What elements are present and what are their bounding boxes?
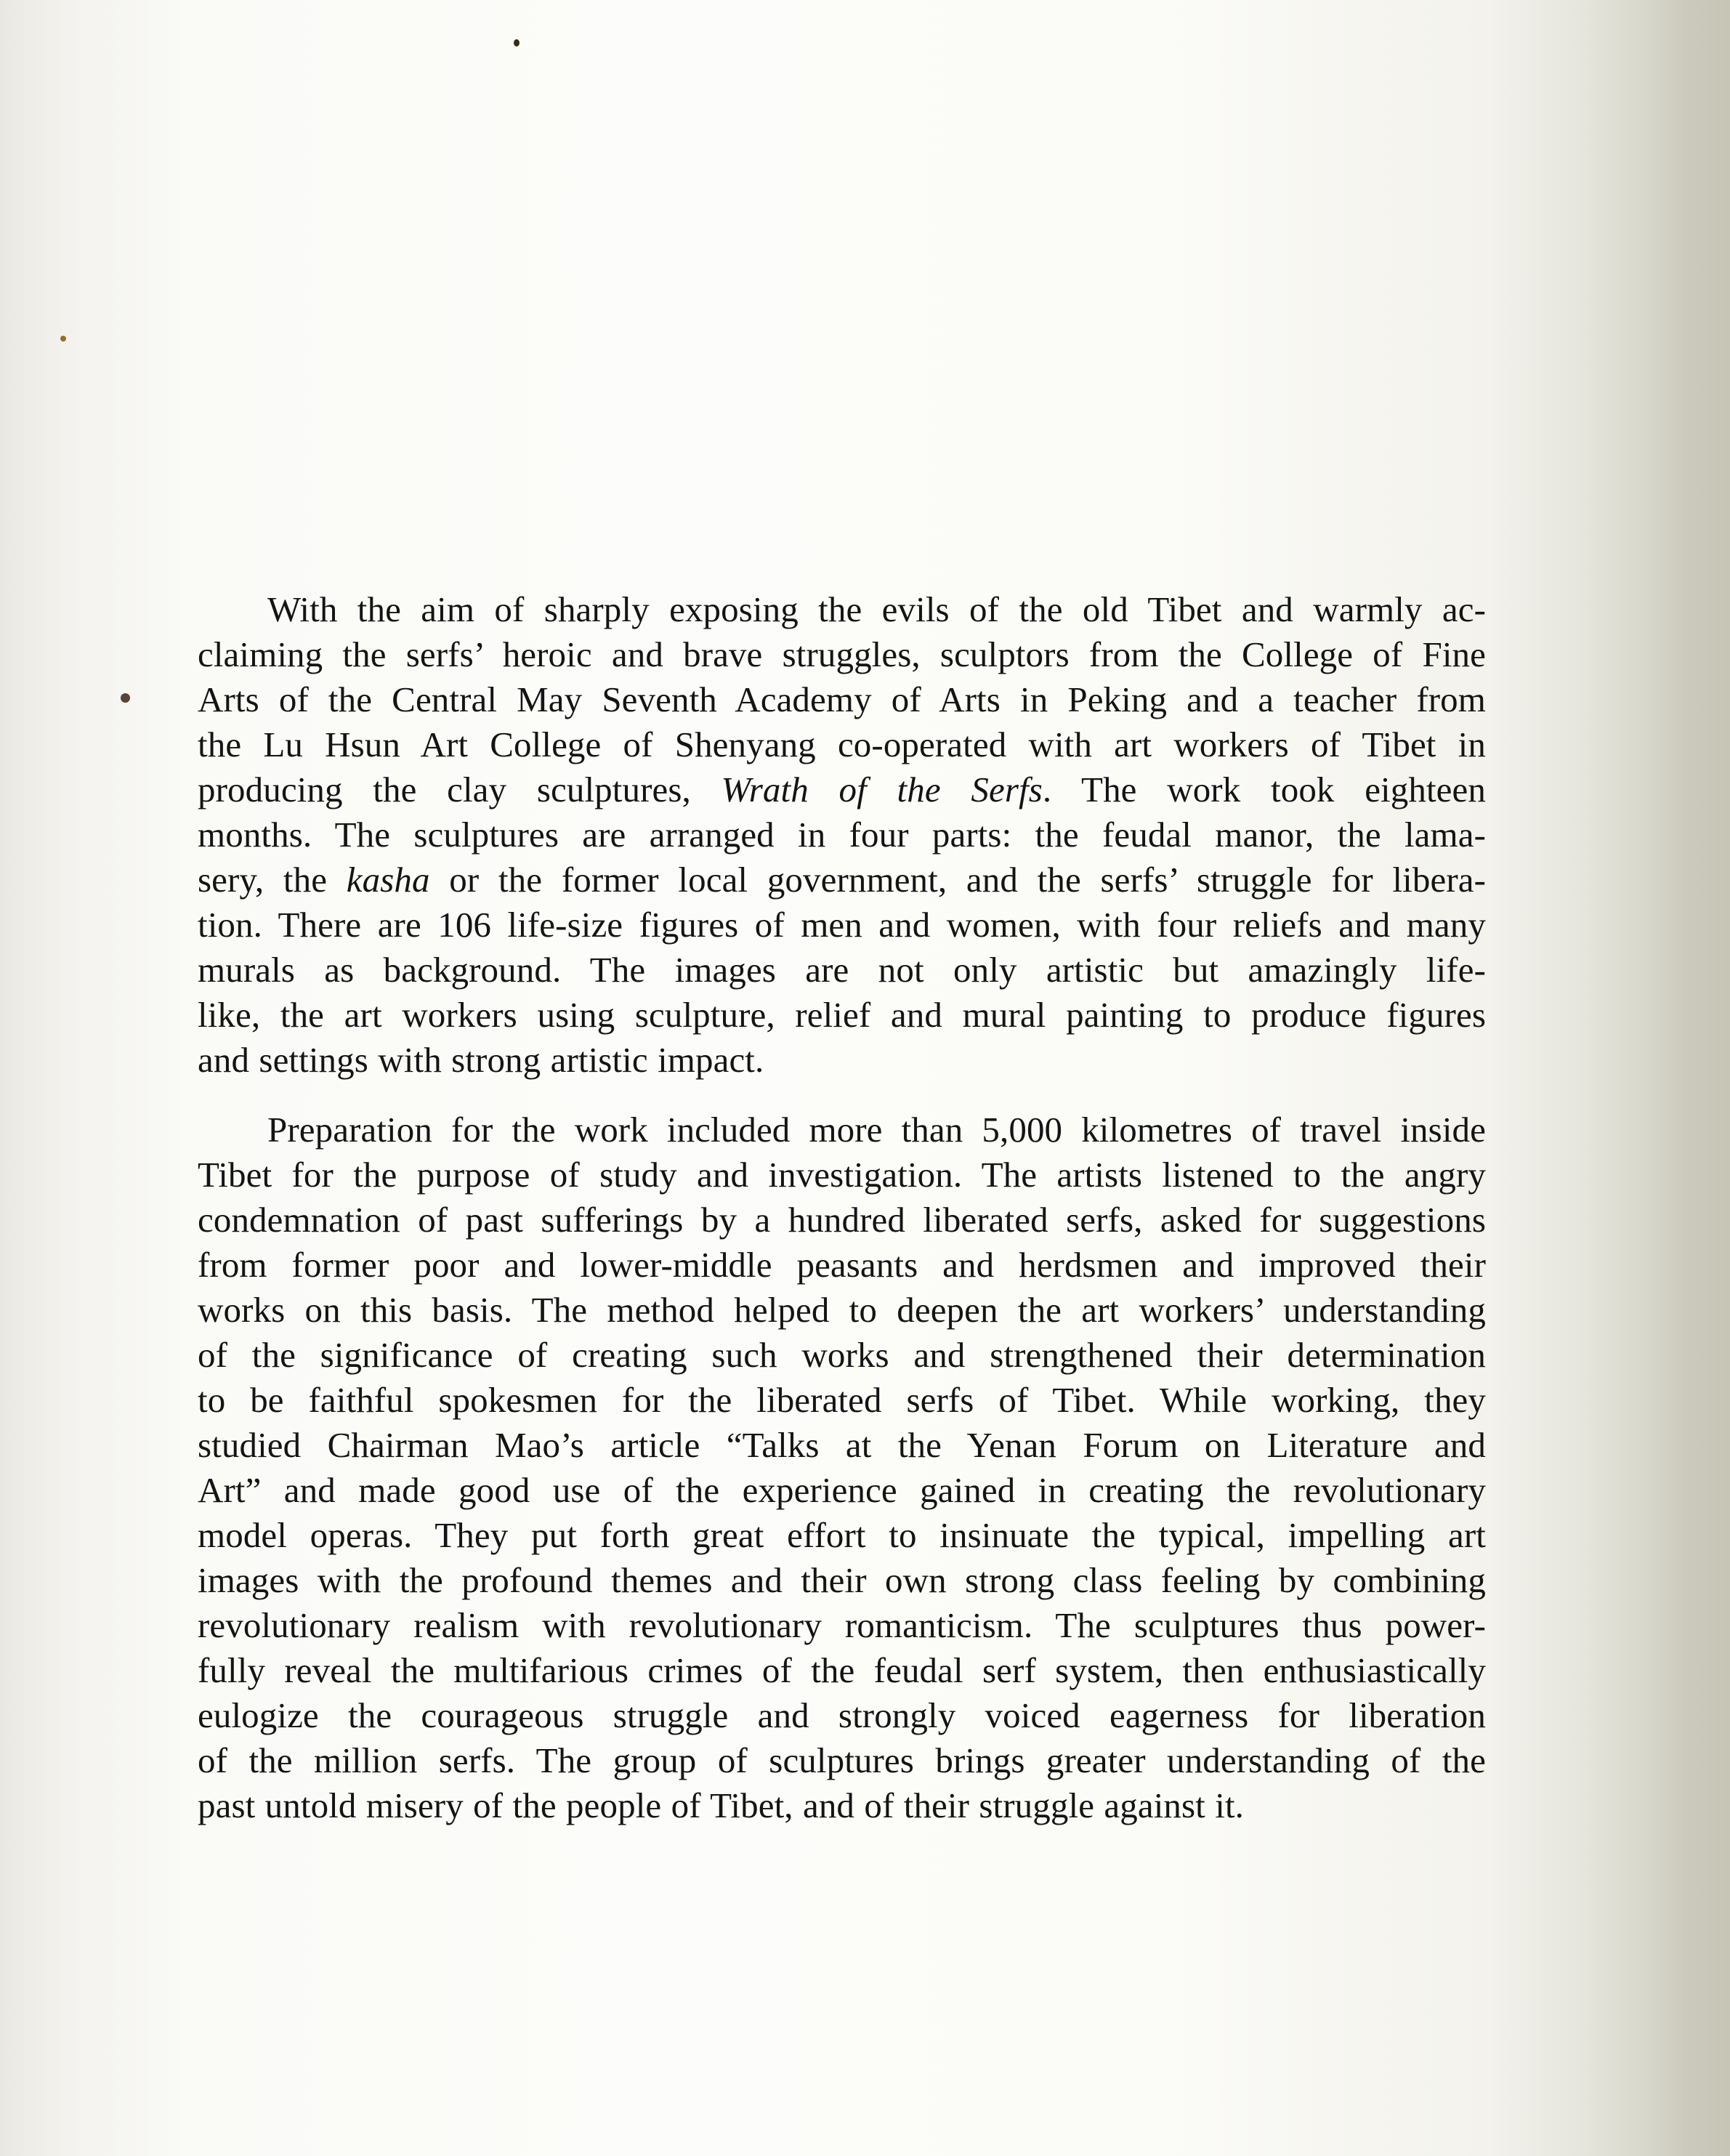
- italic-title: Wrath of the Serfs: [721, 770, 1043, 809]
- text-segment: tion. There are 106 life-size figures of…: [198, 905, 1486, 945]
- text-segment: fully reveal the multifarious crimes of …: [198, 1650, 1486, 1690]
- text-line: sery, the kasha or the former local gove…: [198, 857, 1486, 903]
- text-segment: of the million serfs. The group of sculp…: [198, 1740, 1486, 1780]
- text-segment: and settings with strong artistic impact…: [198, 1040, 764, 1080]
- text-line: revolutionary realism with revolutionary…: [198, 1603, 1486, 1648]
- text-segment: or the former local government, and the …: [430, 860, 1486, 900]
- text-line: like, the art workers using sculpture, r…: [198, 993, 1486, 1038]
- text-line: eulogize the courageous struggle and str…: [198, 1693, 1486, 1738]
- text-line: the Lu Hsun Art College of Shenyang co-o…: [198, 722, 1486, 767]
- text-line: Preparation for the work included more t…: [198, 1107, 1486, 1152]
- text-segment: Tibet for the purpose of study and inves…: [198, 1155, 1486, 1195]
- text-line: condemnation of past sufferings by a hun…: [198, 1198, 1486, 1243]
- text-segment: With the aim of sharply exposing the evi…: [267, 589, 1486, 629]
- text-segment: from former poor and lower-middle peasan…: [198, 1245, 1486, 1285]
- text-segment: works on this basis. The method helped t…: [198, 1290, 1486, 1330]
- text-line: images with the profound themes and thei…: [198, 1558, 1486, 1603]
- text-line: Arts of the Central May Seventh Academy …: [198, 677, 1486, 722]
- text-segment: to be faithful spokesmen for the liberat…: [198, 1380, 1486, 1420]
- scanned-page: With the aim of sharply exposing the evi…: [0, 0, 1730, 2156]
- text-segment: eulogize the courageous struggle and str…: [198, 1695, 1486, 1735]
- text-line: of the significance of creating such wor…: [198, 1333, 1486, 1378]
- text-line: With the aim of sharply exposing the evi…: [198, 587, 1486, 632]
- paragraph: Preparation for the work included more t…: [198, 1107, 1486, 1828]
- text-line: Tibet for the purpose of study and inves…: [198, 1152, 1486, 1198]
- text-line: past untold misery of the people of Tibe…: [198, 1783, 1486, 1828]
- body-text: With the aim of sharply exposing the evi…: [198, 587, 1486, 1828]
- text-segment: images with the profound themes and thei…: [198, 1560, 1486, 1600]
- text-line: model operas. They put forth great effor…: [198, 1513, 1486, 1558]
- text-line: tion. There are 106 life-size figures of…: [198, 903, 1486, 948]
- paper-speck-left-upper: [60, 336, 66, 342]
- text-segment: revolutionary realism with revolutionary…: [198, 1605, 1486, 1645]
- text-segment: model operas. They put forth great effor…: [198, 1515, 1486, 1555]
- text-line: works on this basis. The method helped t…: [198, 1288, 1486, 1333]
- text-line: claiming the serfs’ heroic and brave str…: [198, 632, 1486, 677]
- paper-speck-left-lower: [121, 693, 130, 703]
- text-line: from former poor and lower-middle peasan…: [198, 1243, 1486, 1288]
- text-segment: condemnation of past sufferings by a hun…: [198, 1200, 1486, 1240]
- text-segment: Art” and made good use of the experience…: [198, 1470, 1486, 1510]
- text-segment: . The work took eighteen: [1043, 770, 1486, 809]
- text-segment: murals as background. The images are not…: [198, 950, 1486, 990]
- text-line: studied Chairman Mao’s article “Talks at…: [198, 1423, 1486, 1468]
- text-segment: producing the clay sculptures,: [198, 770, 721, 809]
- text-line: producing the clay sculptures, Wrath of …: [198, 767, 1486, 812]
- text-segment: months. The sculptures are arranged in f…: [198, 815, 1486, 855]
- text-segment: the Lu Hsun Art College of Shenyang co-o…: [198, 724, 1486, 764]
- text-line: fully reveal the multifarious crimes of …: [198, 1648, 1486, 1693]
- text-line: months. The sculptures are arranged in f…: [198, 812, 1486, 857]
- text-line: Art” and made good use of the experience…: [198, 1468, 1486, 1513]
- text-segment: like, the art workers using sculpture, r…: [198, 995, 1486, 1035]
- paper-speck-top: [514, 39, 520, 47]
- text-segment: claiming the serfs’ heroic and brave str…: [198, 634, 1486, 674]
- text-segment: Preparation for the work included more t…: [267, 1110, 1486, 1150]
- text-segment: past untold misery of the people of Tibe…: [198, 1785, 1244, 1825]
- text-segment: Arts of the Central May Seventh Academy …: [198, 679, 1486, 719]
- italic-title: kasha: [347, 860, 430, 900]
- text-line: of the million serfs. The group of sculp…: [198, 1738, 1486, 1783]
- text-line: and settings with strong artistic impact…: [198, 1038, 1486, 1083]
- paragraph: With the aim of sharply exposing the evi…: [198, 587, 1486, 1083]
- text-line: murals as background. The images are not…: [198, 948, 1486, 993]
- text-line: to be faithful spokesmen for the liberat…: [198, 1378, 1486, 1423]
- text-segment: sery, the: [198, 860, 347, 900]
- text-segment: of the significance of creating such wor…: [198, 1335, 1486, 1375]
- text-segment: studied Chairman Mao’s article “Talks at…: [198, 1425, 1486, 1465]
